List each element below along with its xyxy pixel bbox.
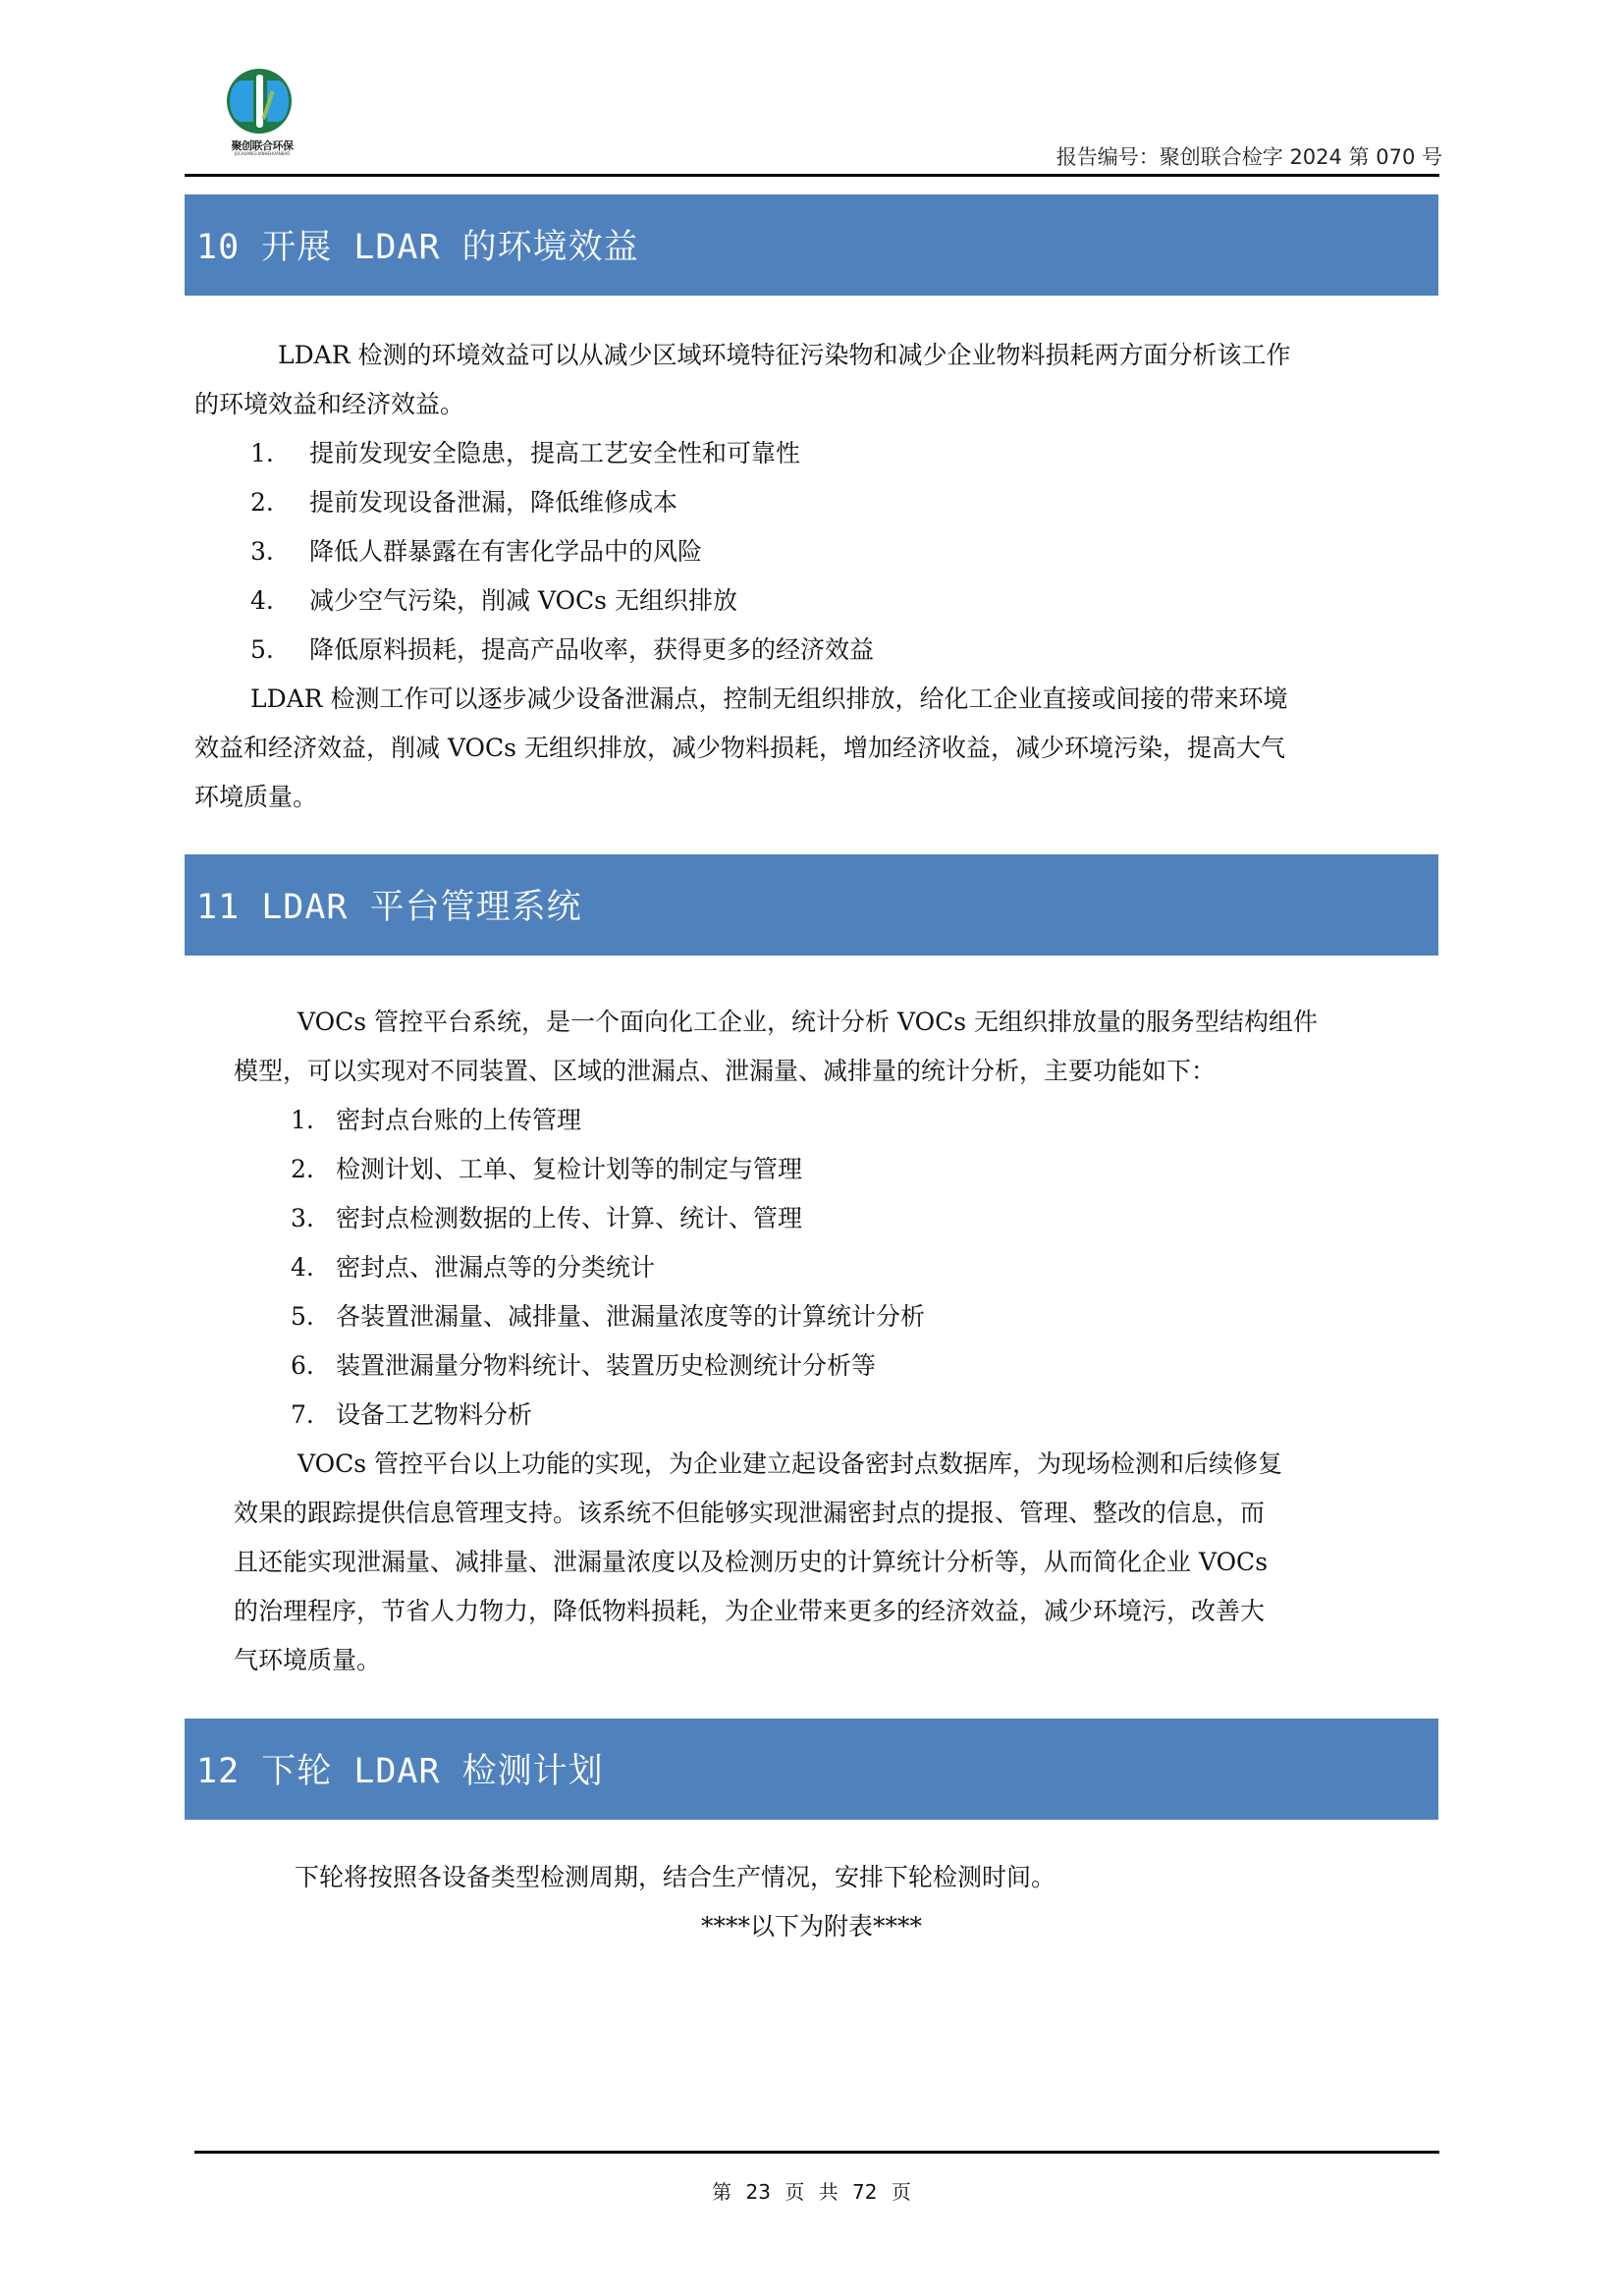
section-heading-12: 12 下轮 LDAR 检测计划 — [185, 1719, 1438, 1820]
list-item: 6.装置泄漏量分物料统计、装置历史检测统计分析等 — [291, 1341, 876, 1391]
section-11-intro-line-1: VOCs 管控平台系统，是一个面向化工企业，统计分析 VOCs 无组织排放量的服… — [298, 998, 1318, 1047]
section-11-conclusion-line-1: VOCs 管控平台以上功能的实现，为企业建立起设备密封点数据库，为现场检测和后续… — [298, 1440, 1282, 1489]
list-item: 2.提前发现设备泄漏，降低维修成本 — [250, 478, 677, 527]
list-item: 5.各装置泄漏量、减排量、泄漏量浓度等的计算统计分析 — [291, 1292, 925, 1341]
list-item: 4.减少空气污染，削减 VOCs 无组织排放 — [250, 576, 737, 626]
section-10-intro-line-1: LDAR 检测的环境效益可以从减少区域环境特征污染物和减少企业物料损耗两方面分析… — [278, 331, 1290, 380]
logo-name-en: JUCHUANGLIANHEHUANBAO — [222, 151, 302, 156]
section-12-body: 下轮将按照各设备类型检测周期，结合生产情况，安排下轮检测时间。 — [295, 1853, 1055, 1902]
list-item: 1.提前发现安全隐患，提高工艺安全性和可靠性 — [250, 429, 800, 478]
section-11-conclusion-line-4: 的治理程序，节省人力物力，降低物料损耗，为企业带来更多的经济效益，减少环境污，改… — [234, 1587, 1265, 1636]
report-number: 报告编号：聚创联合检字 2024 第 070 号 — [1056, 141, 1442, 171]
list-item: 7.设备工艺物料分析 — [291, 1391, 532, 1440]
company-logo: 聚创联合环保 JUCHUANGLIANHEHUANBAO — [222, 69, 300, 163]
section-10-conclusion-line-3: 环境质量。 — [194, 773, 317, 822]
header-divider — [185, 174, 1439, 177]
footer-divider — [194, 2151, 1439, 2154]
section-10-intro-line-2: 的环境效益和经济效益。 — [194, 380, 464, 429]
section-11-conclusion-line-5: 气环境质量。 — [234, 1636, 381, 1685]
list-item: 3.密封点检测数据的上传、计算、统计、管理 — [291, 1194, 802, 1243]
section-11-conclusion-line-2: 效果的跟踪提供信息管理支持。该系统不但能够实现泄漏密封点的提报、管理、整改的信息… — [234, 1489, 1265, 1538]
list-item: 3.降低人群暴露在有害化学品中的风险 — [250, 527, 702, 576]
section-title: 12 下轮 LDAR 检测计划 — [196, 1744, 604, 1793]
appendix-note: ****以下为附表**** — [0, 1907, 1623, 1942]
jc-logo-icon — [227, 69, 292, 134]
page-number: 第 23 页 共 72 页 — [0, 2176, 1623, 2205]
section-10-conclusion-line-2: 效益和经济效益，削减 VOCs 无组织排放，减少物料损耗，增加经济收益，减少环境… — [194, 724, 1285, 773]
section-11-conclusion-line-3: 且还能实现泄漏量、减排量、泄漏量浓度以及检测历史的计算统计分析等，从而简化企业 … — [234, 1538, 1268, 1587]
section-heading-11: 11 LDAR 平台管理系统 — [185, 854, 1438, 956]
list-item: 4.密封点、泄漏点等的分类统计 — [291, 1243, 655, 1292]
section-title: 11 LDAR 平台管理系统 — [196, 880, 582, 929]
list-item: 1.密封点台账的上传管理 — [291, 1096, 581, 1145]
section-heading-10: 10 开展 LDAR 的环境效益 — [185, 194, 1438, 296]
section-11-intro-line-2: 模型，可以实现对不同装置、区域的泄漏点、泄漏量、减排量的统计分析，主要功能如下： — [234, 1047, 1216, 1096]
list-item: 5.降低原料损耗，提高产品收率，获得更多的经济效益 — [250, 626, 874, 675]
section-10-conclusion-line-1: LDAR 检测工作可以逐步减少设备泄漏点，控制无组织排放，给化工企业直接或间接的… — [250, 675, 1287, 724]
list-item: 2.检测计划、工单、复检计划等的制定与管理 — [291, 1145, 802, 1194]
section-title: 10 开展 LDAR 的环境效益 — [196, 220, 639, 269]
